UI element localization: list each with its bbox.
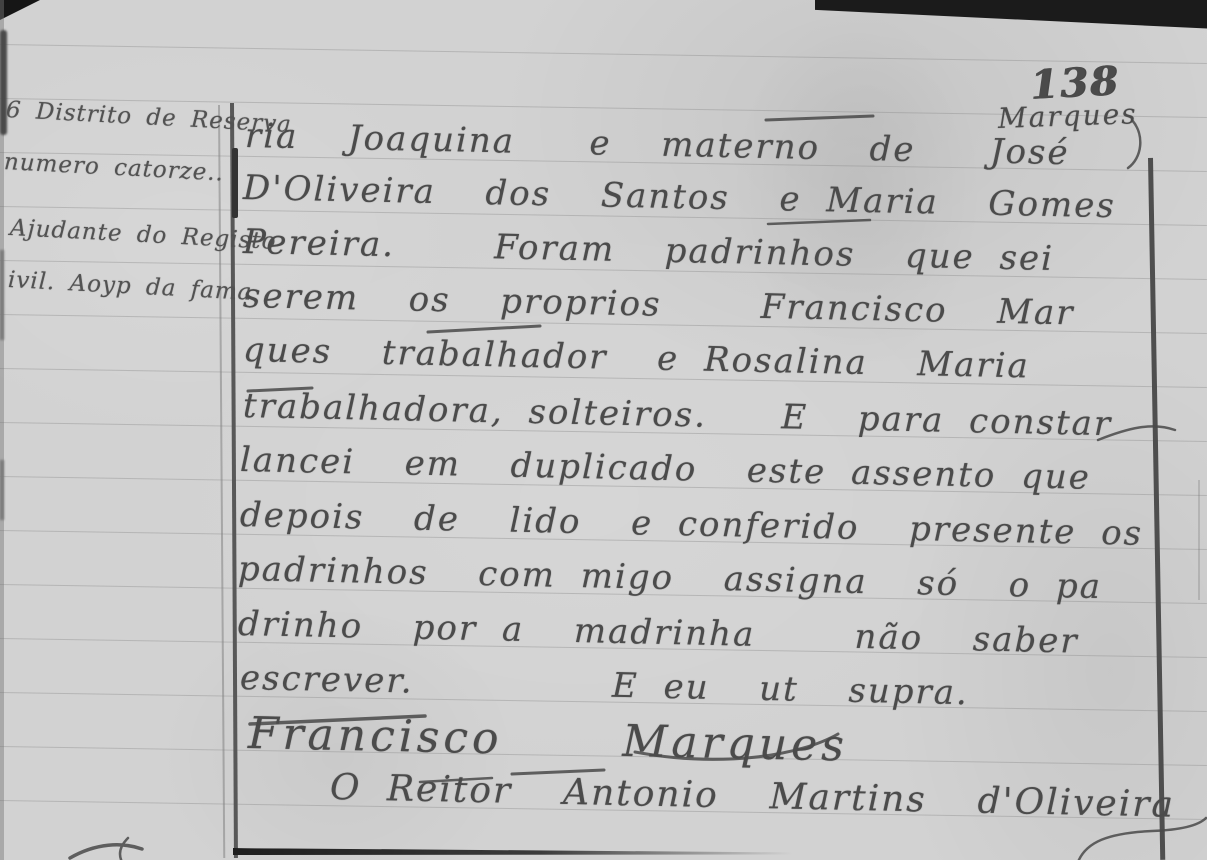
margin-rule-thin <box>218 105 225 858</box>
right-column-rule <box>1148 158 1165 860</box>
left-edge-smudge-3 <box>0 460 4 520</box>
signature-rector: O Reitor Antonio Martins d'Oliveira <box>330 768 1176 825</box>
margin-note-3: Ajudante do Registo <box>9 216 277 255</box>
record-line-5: ques trabalhador e Rosalina Maria <box>243 332 1031 386</box>
margin-note-4: ivil. Aoyp da fama <box>7 268 253 306</box>
left-edge-smudge-2 <box>0 250 4 340</box>
record-line-8: depois de lido e conferido presente os <box>240 497 1144 553</box>
record-line-10: drinho por a madrinha não saber <box>238 606 1079 661</box>
bottom-heavy-line <box>233 848 793 857</box>
record-line-3: Pereira. Foram padrinhos que sei <box>243 224 1055 278</box>
surname-header: Marques <box>997 99 1138 135</box>
scan-corner-black-top-right <box>815 0 1207 30</box>
ruled-line <box>0 44 1207 64</box>
record-line-6: trabalhadora, solteiros. E para constar <box>243 388 1113 444</box>
record-line-11: escrever. E eu ut supra. <box>240 660 970 713</box>
record-line-9: padrinhos com migo assigna só o pa <box>238 551 1103 606</box>
right-faint-rule <box>1198 480 1200 600</box>
signature-francisco-marques: Francisco Marques <box>247 710 848 771</box>
registry-page-scan: 138 Marques 6 Distrito de Reserva numero… <box>0 0 1207 860</box>
margin-rule-blot <box>232 148 238 218</box>
record-line-1: ria Joaquina e materno de José <box>245 118 1070 173</box>
scan-corner-black-top-left <box>0 0 40 20</box>
record-line-7: lancei em duplicado este assento que <box>240 442 1092 497</box>
record-line-4: serem os proprios Francisco Mar <box>243 278 1075 333</box>
